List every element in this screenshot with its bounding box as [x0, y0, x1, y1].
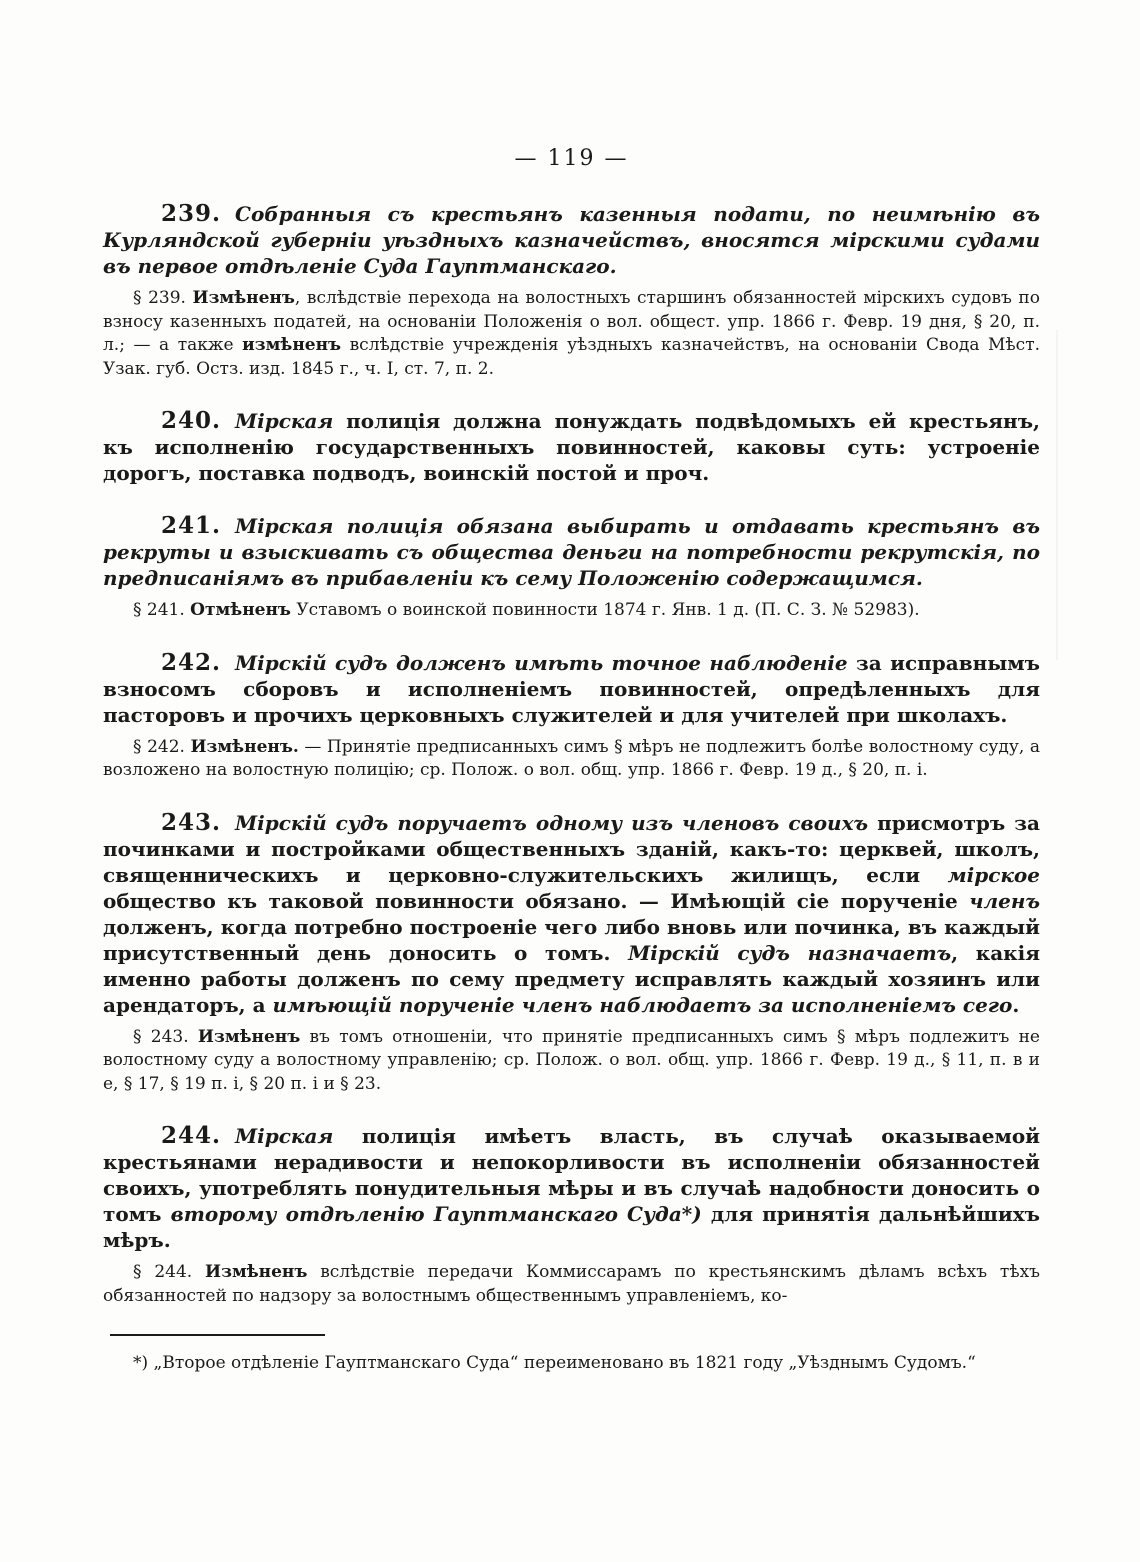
text-run: § 241.: [133, 600, 190, 620]
page-body: — 119 — 239.Собранныя съ крестьянъ казен…: [103, 146, 1040, 1376]
text-run: § 242.: [133, 737, 191, 757]
text-run: Мірскій судъ долженъ имѣть точное наблюд…: [235, 651, 856, 675]
annotation-239: § 239. Измѣненъ, вслѣдствіе перехода на …: [103, 287, 1040, 381]
text-run: Измѣненъ: [198, 1027, 300, 1047]
article-243: 243.Мірскій судъ поручаетъ одному изъ чл…: [103, 810, 1040, 1018]
text-run: Мірская: [235, 409, 346, 433]
book-page: — 119 — 239.Собранныя съ крестьянъ казен…: [0, 0, 1140, 1562]
text-run: *) „Второе отдѣленіе Гауптманскаго Суда“…: [133, 1353, 976, 1373]
article-239: 239.Собранныя съ крестьянъ казенныя пода…: [103, 201, 1040, 279]
text-run: измѣненъ: [242, 335, 341, 355]
article-number: 242.: [161, 649, 221, 676]
text-run: Уставомъ о воинской повинности 1874 г. Я…: [291, 600, 920, 620]
annotation-243: § 243. Измѣненъ въ томъ отношеніи, что п…: [103, 1026, 1040, 1097]
page-number: — 119 —: [103, 146, 1040, 171]
text-run: Собранныя съ крестьянъ казенныя подати, …: [103, 202, 1040, 278]
text-run: Измѣненъ: [205, 1262, 307, 1282]
article-number: 239.: [161, 200, 221, 227]
text-run: § 239.: [133, 288, 193, 308]
text-run: Мірскій судъ назначаетъ: [628, 941, 951, 965]
article-240: 240.Мірская полиція должна понуждать под…: [103, 408, 1040, 486]
scan-artifact: [1056, 330, 1058, 660]
text-run: имѣющій порученіе членъ наблюдаетъ за ис…: [273, 993, 1013, 1017]
article-number: 243.: [161, 809, 221, 836]
text-run: Мірская полиція обязана выбирать и отдав…: [103, 514, 1040, 590]
text-run: § 243.: [133, 1027, 198, 1047]
text-run: Отмѣненъ: [190, 600, 291, 620]
text-run: .: [1012, 993, 1019, 1017]
text-run: мірское: [948, 863, 1040, 887]
footnote-separator: [110, 1334, 325, 1336]
article-241: 241.Мірская полиція обязана выбирать и о…: [103, 513, 1040, 591]
article-number: 244.: [161, 1122, 221, 1149]
text-run: Измѣненъ: [193, 288, 295, 308]
article-number: 240.: [161, 407, 221, 434]
text-run: § 244.: [133, 1262, 205, 1282]
footnote: *) „Второе отдѣленіе Гауптманскаго Суда“…: [103, 1352, 1040, 1376]
text-run: Мірскій судъ поручаетъ одному изъ членов…: [235, 811, 877, 835]
article-242: 242.Мірскій судъ долженъ имѣть точное на…: [103, 650, 1040, 728]
annotation-244: § 244. Измѣненъ вслѣдствіе передачи Комм…: [103, 1261, 1040, 1308]
text-run: второму отдѣленію Гауптманскаго Суда*): [171, 1202, 711, 1226]
article-244: 244.Мірская полиція имѣетъ власть, въ сл…: [103, 1123, 1040, 1253]
text-run: членъ: [969, 889, 1040, 913]
annotation-242: § 242. Измѣненъ. — Принятіе предписанных…: [103, 736, 1040, 783]
text-run: Измѣненъ.: [191, 737, 299, 757]
text-run: общество къ таковой повинности обязано. …: [103, 889, 969, 913]
text-run: Мірская: [235, 1124, 362, 1148]
article-number: 241.: [161, 512, 221, 539]
annotation-241: § 241. Отмѣненъ Уставомъ о воинской пови…: [103, 599, 1040, 623]
